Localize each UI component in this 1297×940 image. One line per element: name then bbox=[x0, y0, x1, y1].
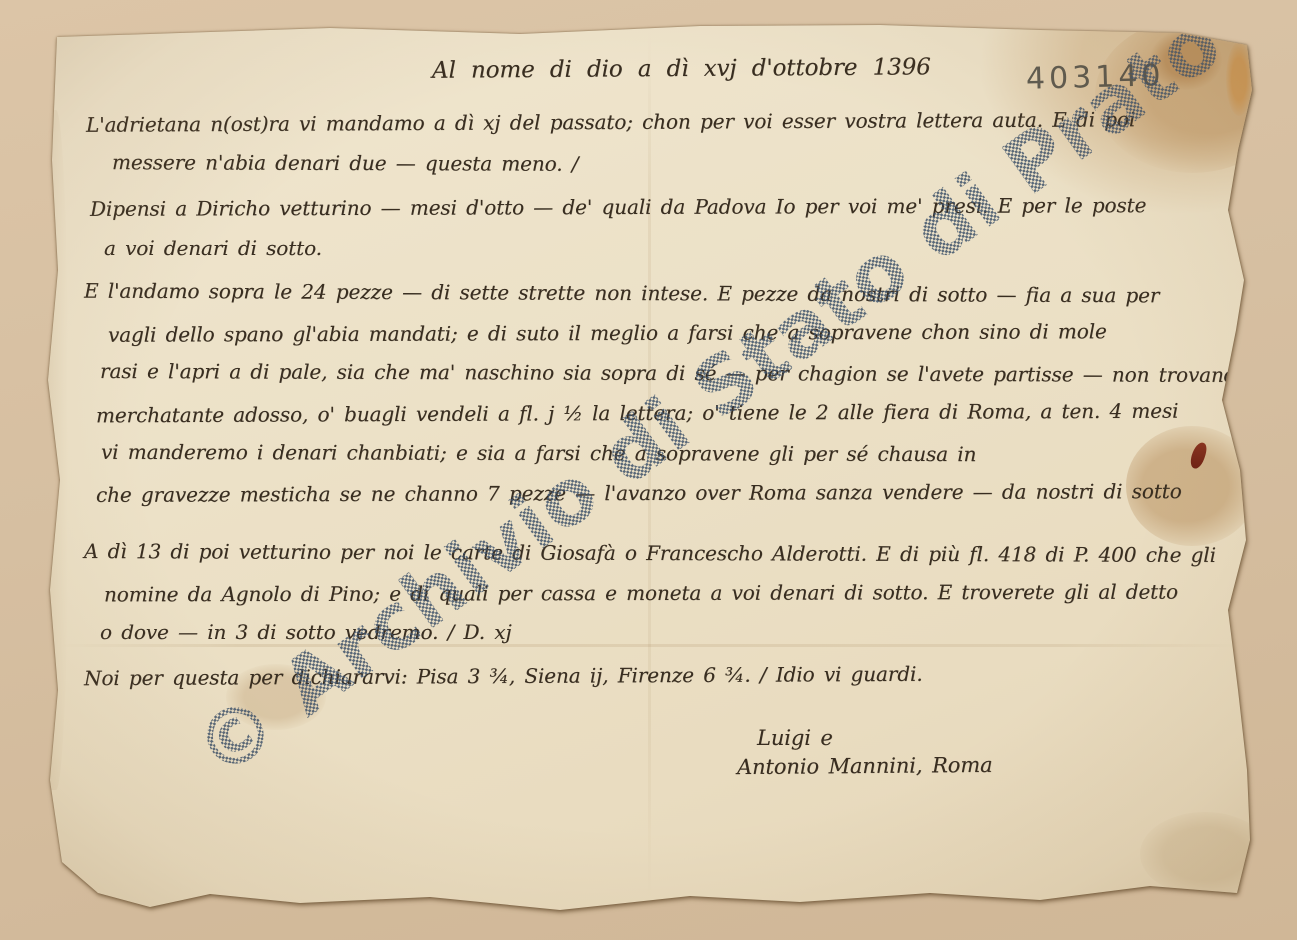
signature-line: Luigi e bbox=[757, 726, 833, 750]
manuscript-line: L'adrietana n(ost)ra vi mandamo a dì xj … bbox=[86, 107, 1135, 136]
manuscript-line: E l'andamo sopra le 24 pezze — di sette … bbox=[84, 279, 1159, 308]
manuscript-line: a voi denari di sotto. bbox=[104, 236, 322, 260]
stain-left-edge bbox=[38, 110, 68, 790]
scan-canvas: 403140 Al nome di dio a dì xvj d'ottobre… bbox=[0, 0, 1297, 940]
manuscript-line: nomine da Agnolo di Pino; e di quali per… bbox=[104, 580, 1178, 607]
signature-line: Antonio Mannini, Roma bbox=[737, 753, 993, 779]
manuscript-line: messere n'abia denari due — questa meno.… bbox=[112, 150, 579, 176]
paper-shadow: 403140 Al nome di dio a dì xvj d'ottobre… bbox=[0, 0, 1297, 940]
manuscript-paper: 403140 Al nome di dio a dì xvj d'ottobre… bbox=[0, 0, 1297, 940]
horizontal-crease bbox=[60, 644, 1240, 647]
manuscript-line: vagli dello spano gl'abia mandati; e di … bbox=[108, 319, 1107, 346]
manuscript-line: A dì 13 di poi vetturino per noi le cart… bbox=[84, 539, 1216, 567]
manuscript-line-valediction: Noi per questa per dichiararvi: Pisa 3 ¾… bbox=[84, 662, 923, 690]
stain-bottom-right bbox=[1140, 812, 1270, 896]
wax-seal-mark bbox=[1189, 441, 1209, 471]
letter-heading: Al nome di dio a dì xvj d'ottobre 1396 bbox=[432, 54, 931, 83]
